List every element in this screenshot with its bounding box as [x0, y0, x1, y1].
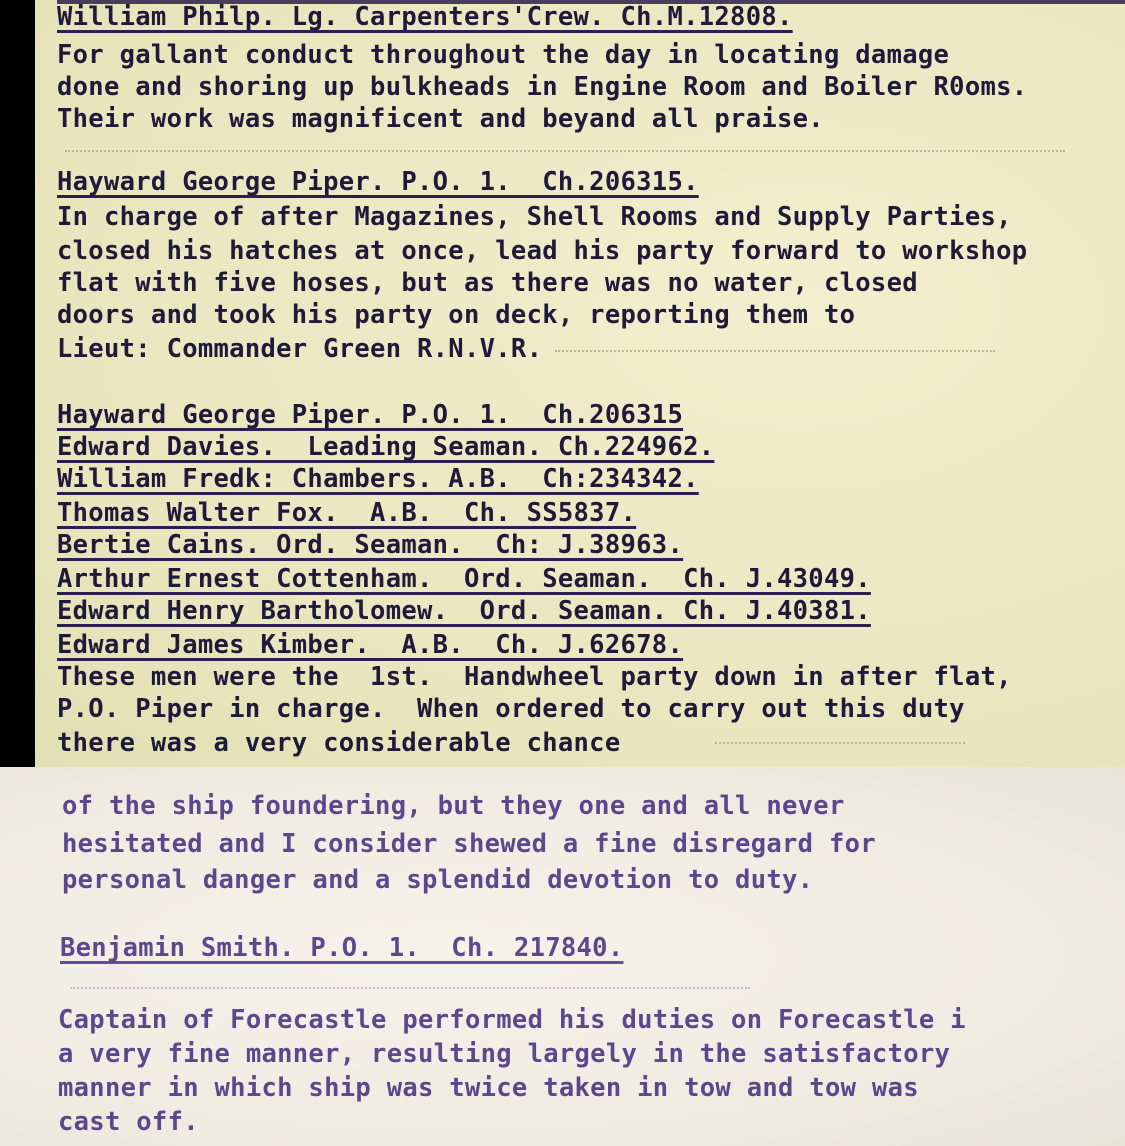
entry-body-line: there was a very considerable chance [57, 728, 620, 758]
crew-heading: Thomas Walter Fox. A.B. Ch. SS5837. [57, 498, 636, 528]
entry-body-line: In charge of after Magazines, Shell Room… [57, 202, 1012, 232]
crew-heading: Hayward George Piper. P.O. 1. Ch.206315 [57, 400, 683, 430]
crew-heading: Edward James Kimber. A.B. Ch. J.62678. [57, 630, 683, 660]
entry-body-line: Captain of Forecastle performed his duti… [58, 1005, 966, 1035]
continuation-line: hesitated and I consider shewed a fine d… [62, 829, 876, 859]
entry-body-line: cast off. [58, 1107, 199, 1137]
entry-body-line: manner in which ship was twice taken in … [58, 1073, 919, 1103]
entry-body-line: Lieut: Commander Green R.N.V.R. [57, 334, 542, 364]
entry-heading-smith: Benjamin Smith. P.O. 1. Ch. 217840. [60, 933, 623, 963]
crew-heading: Bertie Cains. Ord. Seaman. Ch: J.38963. [57, 530, 683, 560]
document-page-bottom: of the ship foundering, but they one and… [0, 767, 1125, 1146]
faint-dotted-rule [65, 150, 1065, 152]
entry-body-line: Their work was magnificent and beyand al… [57, 104, 824, 134]
faint-dotted-rule [715, 742, 965, 744]
entry-heading-piper: Hayward George Piper. P.O. 1. Ch.206315. [57, 167, 699, 197]
document-page-top: William Philp. Lg. Carpenters'Crew. Ch.M… [35, 0, 1125, 767]
entry-body-line: doors and took his party on deck, report… [57, 300, 855, 330]
crew-heading: Edward Davies. Leading Seaman. Ch.224962… [57, 432, 714, 462]
faint-dotted-rule [70, 987, 750, 989]
entry-body-line: done and shoring up bulkheads in Engine … [57, 72, 1027, 102]
entry-body-line: These men were the 1st. Handwheel party … [57, 662, 1012, 692]
entry-heading-philp: William Philp. Lg. Carpenters'Crew. Ch.M… [57, 2, 793, 32]
crew-heading: William Fredk: Chambers. A.B. Ch:234342. [57, 464, 699, 494]
entry-body-line: P.O. Piper in charge. When ordered to ca… [57, 694, 965, 724]
continuation-line: personal danger and a splendid devotion … [62, 865, 813, 895]
faint-dotted-rule [555, 350, 995, 352]
entry-body-line: closed his hatches at once, lead his par… [57, 236, 1027, 266]
entry-body-line: a very fine manner, resulting largely in… [58, 1039, 950, 1069]
crew-heading: Edward Henry Bartholomew. Ord. Seaman. C… [57, 596, 871, 626]
crew-heading: Arthur Ernest Cottenham. Ord. Seaman. Ch… [57, 564, 871, 594]
entry-body-line: flat with five hoses, but as there was n… [57, 268, 918, 298]
continuation-line: of the ship foundering, but they one and… [62, 791, 845, 821]
entry-body-line: For gallant conduct throughout the day i… [57, 40, 949, 70]
